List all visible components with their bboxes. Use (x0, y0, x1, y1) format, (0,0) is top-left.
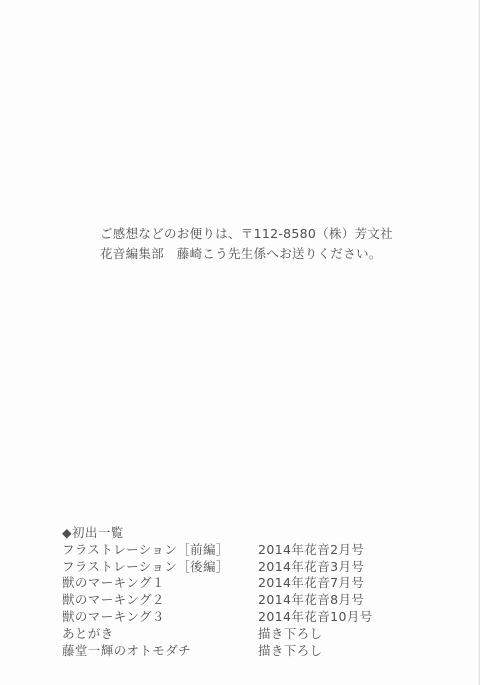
scanned-book-page: ご感想などのお便りは、〒112-8580（株）芳文社 花音編集部 藤崎こう先生係… (0, 0, 480, 685)
publication-row: フラストレーション［後編］2014年花音3月号 (62, 559, 373, 576)
publication-issue: 2014年花音2月号 (258, 542, 364, 559)
publication-issue: 描き下ろし (258, 626, 323, 643)
first-publication-rows: フラストレーション［前編］2014年花音2月号フラストレーション［後編］2014… (62, 542, 373, 660)
publication-title: フラストレーション［前編］ (62, 542, 258, 559)
publication-title: あとがき (62, 626, 258, 643)
publication-row: 藤堂一輝のオトモダチ描き下ろし (62, 643, 373, 660)
publication-row: 獣のマーキング２2014年花音8月号 (62, 592, 373, 609)
publication-issue: 2014年花音7月号 (258, 575, 364, 592)
first-publication-heading: ◆初出一覧 (62, 525, 373, 542)
reader-contact-note: ご感想などのお便りは、〒112-8580（株）芳文社 花音編集部 藤崎こう先生係… (100, 224, 393, 264)
publication-row: フラストレーション［前編］2014年花音2月号 (62, 542, 373, 559)
contact-note-line-2: 花音編集部 藤崎こう先生係へお送りください。 (100, 244, 393, 264)
publication-issue: 2014年花音3月号 (258, 559, 364, 576)
publication-title: フラストレーション［後編］ (62, 559, 258, 576)
publication-title: 獣のマーキング２ (62, 592, 258, 609)
publication-row: 獣のマーキング３2014年花音10月号 (62, 609, 373, 626)
contact-note-line-1: ご感想などのお便りは、〒112-8580（株）芳文社 (100, 224, 393, 244)
publication-title: 獣のマーキング３ (62, 609, 258, 626)
publication-row: 獣のマーキング１2014年花音7月号 (62, 575, 373, 592)
publication-issue: 2014年花音10月号 (258, 609, 373, 626)
publication-issue: 2014年花音8月号 (258, 592, 364, 609)
publication-title: 獣のマーキング１ (62, 575, 258, 592)
publication-title: 藤堂一輝のオトモダチ (62, 643, 258, 660)
publication-row: あとがき描き下ろし (62, 626, 373, 643)
first-publication-list: ◆初出一覧 フラストレーション［前編］2014年花音2月号フラストレーション［後… (62, 525, 373, 659)
publication-issue: 描き下ろし (258, 643, 323, 660)
